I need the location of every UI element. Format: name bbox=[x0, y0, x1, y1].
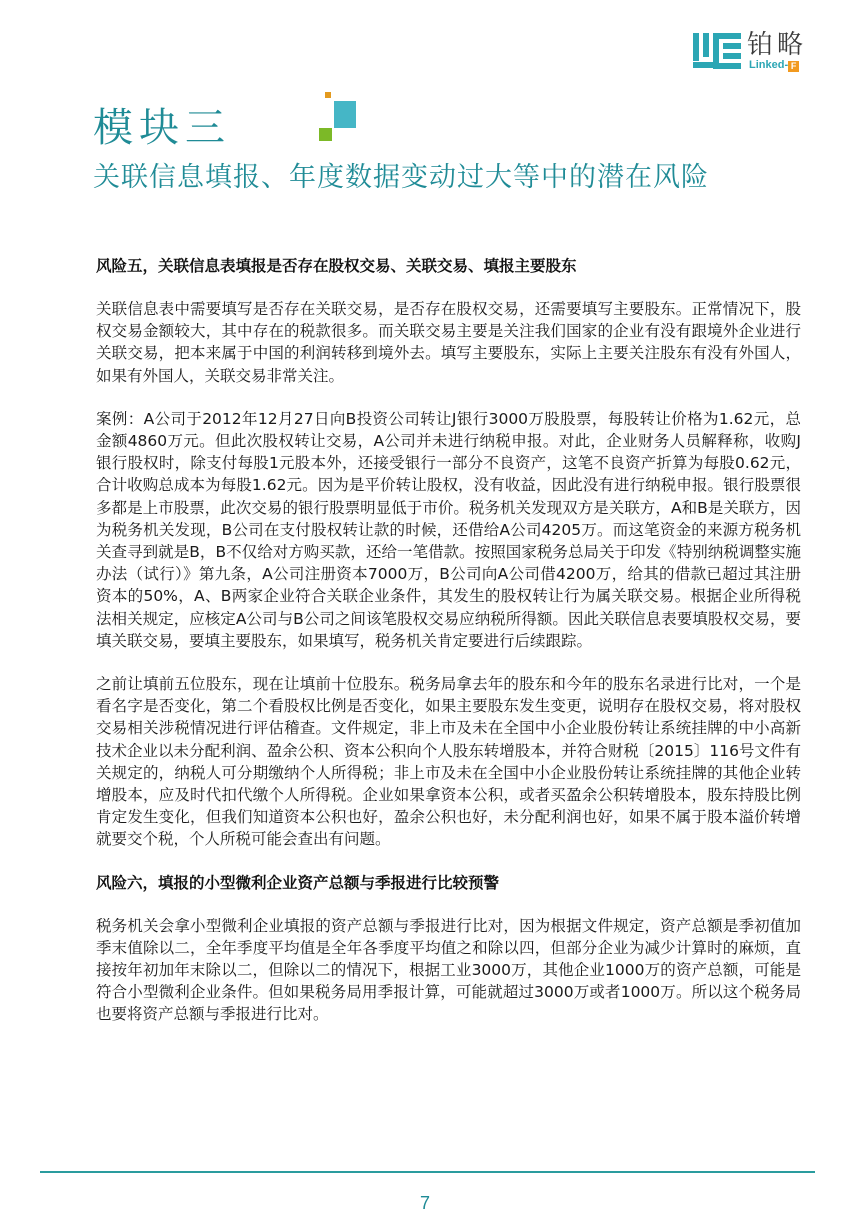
decor-square-orange bbox=[325, 92, 331, 98]
logo-chinese-name: 铂略 bbox=[747, 30, 807, 60]
logo-f-badge: F bbox=[788, 61, 799, 72]
paragraph: 关联信息表中需要填写是否存在关联交易，是否存在股权交易，还需要填写主要股东。正常… bbox=[96, 298, 801, 387]
brand-logo: 铂略 Linked-F bbox=[693, 30, 823, 72]
section-risk-five: 风险五，关联信息表填报是否存在股权交易、关联交易、填报主要股东 关联信息表中需要… bbox=[96, 255, 801, 851]
document-body: 风险五，关联信息表填报是否存在股权交易、关联交易、填报主要股东 关联信息表中需要… bbox=[96, 255, 801, 1047]
footer-divider bbox=[40, 1171, 815, 1173]
section-heading: 风险六，填报的小型微利企业资产总额与季报进行比较预警 bbox=[96, 872, 801, 894]
section-risk-six: 风险六，填报的小型微利企业资产总额与季报进行比较预警 税务机关会拿小型微利企业填… bbox=[96, 872, 801, 1026]
linked-f-logo-icon bbox=[693, 33, 741, 69]
paragraph: 之前让填前五位股东，现在让填前十位股东。税务局拿去年的股东和今年的股东名录进行比… bbox=[96, 673, 801, 851]
paragraph: 税务机关会拿小型微利企业填报的资产总额与季报进行比对，因为根据文件规定，资产总额… bbox=[96, 915, 801, 1026]
section-heading: 风险五，关联信息表填报是否存在股权交易、关联交易、填报主要股东 bbox=[96, 255, 801, 277]
page-number: 7 bbox=[0, 1193, 850, 1214]
module-title: 模块三 bbox=[93, 103, 231, 153]
decor-square-green bbox=[319, 128, 332, 141]
paragraph-case-study: 案例：A公司于2012年12月27日向B投资公司转让J银行3000万股股票，每股… bbox=[96, 408, 801, 652]
logo-english-name: Linked-F bbox=[749, 59, 799, 72]
decor-square-teal bbox=[334, 101, 356, 128]
logo-english-text: Linked- bbox=[749, 59, 788, 71]
module-subtitle: 关联信息填报、年度数据变动过大等中的潜在风险 bbox=[93, 160, 709, 196]
